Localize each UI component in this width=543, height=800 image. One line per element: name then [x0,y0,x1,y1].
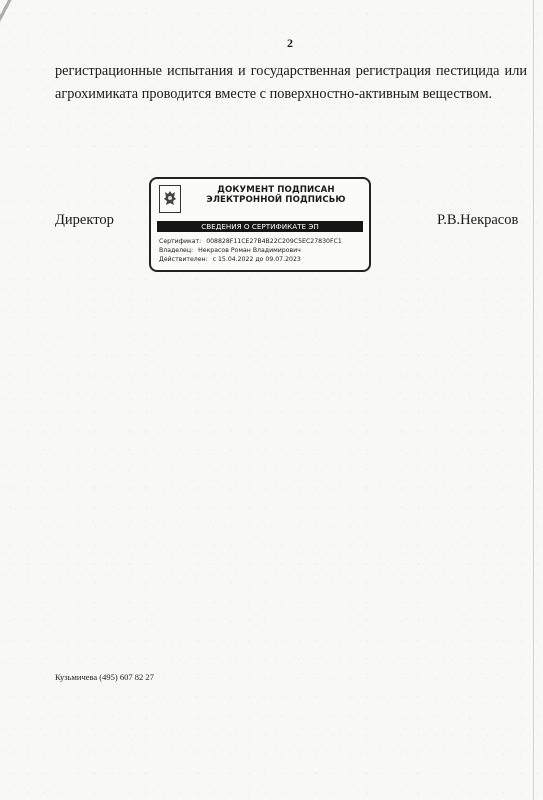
certificate-row: Сертификат: 008828F11CE27B4B22C209C5EC27… [159,237,342,246]
document-page: 2 регистрационные испытания и государств… [0,0,543,800]
owner-value: Некрасов Роман Владимирович [198,247,301,254]
validity-value: с 15.04.2022 до 09.07.2023 [213,256,301,263]
signer-title: Директор [55,212,114,229]
certificate-details: Сертификат: 008828F11CE27B4B22C209C5EC27… [159,237,342,264]
scan-corner-mark [0,0,19,30]
executor-contact: Кузьмичева (495) 607 82 27 [55,672,154,682]
stamp-heading-line1: ДОКУМЕНТ ПОДПИСАН [183,185,369,195]
electronic-signature-stamp: ДОКУМЕНТ ПОДПИСАН ЭЛЕКТРОННОЙ ПОДПИСЬЮ С… [149,177,371,272]
certificate-value: 008828F11CE27B4B22C209C5EC27830FC1 [206,238,342,245]
owner-row: Владелец: Некрасов Роман Владимирович [159,246,342,255]
stamp-heading-line2: ЭЛЕКТРОННОЙ ПОДПИСЬЮ [183,195,369,205]
certificate-info-bar: СВЕДЕНИЯ О СЕРТИФИКАТЕ ЭП [157,221,363,232]
russian-coat-of-arms-icon [159,185,181,213]
page-number: 2 [0,36,543,51]
body-line: регистрационные испытания и государствен… [55,60,527,83]
stamp-heading: ДОКУМЕНТ ПОДПИСАН ЭЛЕКТРОННОЙ ПОДПИСЬЮ [183,185,369,205]
body-paragraph: регистрационные испытания и государствен… [55,60,527,106]
body-line: агрохимиката проводится вместе с поверхн… [55,83,527,106]
signer-name: Р.В.Некрасов [437,212,518,229]
scan-edge-line [533,0,534,800]
validity-label: Действителен: [159,256,208,263]
validity-row: Действителен: с 15.04.2022 до 09.07.2023 [159,255,342,264]
owner-label: Владелец: [159,247,193,254]
certificate-label: Сертификат: [159,238,201,245]
